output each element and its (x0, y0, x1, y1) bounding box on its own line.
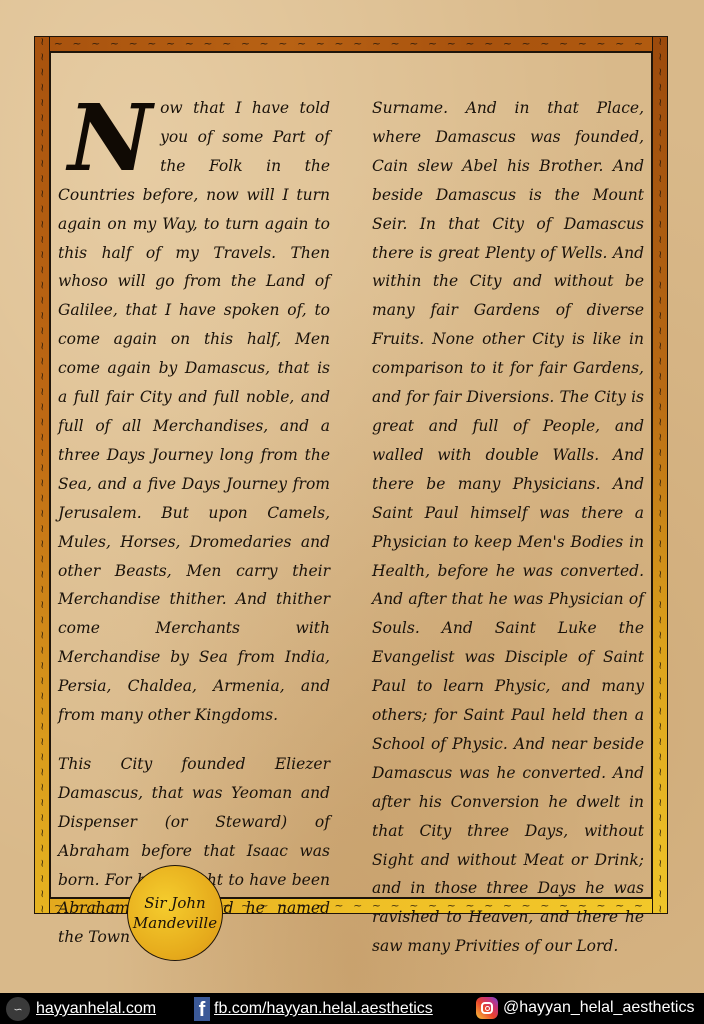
instagram-icon (476, 997, 498, 1019)
instagram-link-group[interactable]: @hayyan_helal_aesthetics (476, 997, 694, 1019)
drop-cap: N (68, 98, 152, 178)
facebook-link[interactable]: fb.com/hayyan.helal.aesthetics (214, 1000, 433, 1018)
author-first-line: Sir John (144, 893, 205, 913)
signature-logo-icon: ∽ (6, 997, 30, 1021)
wave-ornament-icon: ~~~~~~~~~~~~~~~~~~~~~~~~~~~~~~~~~~~~~~~~… (653, 37, 667, 913)
facebook-icon: f (194, 997, 210, 1021)
paragraph: Surname. And in that Place, where Damasc… (372, 94, 644, 961)
border-left: ~~~~~~~~~~~~~~~~~~~~~~~~~~~~~~~~~~~~~~~~… (34, 36, 50, 914)
instagram-handle[interactable]: @hayyan_helal_aesthetics (503, 999, 694, 1017)
wave-ornament-icon: ~ ~ ~ ~ ~ ~ ~ ~ ~ ~ ~ ~ ~ ~ ~ ~ ~ ~ ~ ~ … (35, 37, 667, 51)
facebook-link-group[interactable]: f fb.com/hayyan.helal.aesthetics (194, 997, 433, 1021)
paragraph-text: Surname. And in that Place, where Damasc… (372, 99, 644, 955)
author-second-line: Mandeville (133, 913, 217, 933)
footer-bar: ∽ hayyanhelal.com f fb.com/hayyan.helal.… (0, 993, 704, 1024)
website-link[interactable]: hayyanhelal.com (36, 1000, 156, 1018)
wave-ornament-icon: ~~~~~~~~~~~~~~~~~~~~~~~~~~~~~~~~~~~~~~~~… (35, 37, 49, 913)
website-link-group[interactable]: ∽ hayyanhelal.com (6, 997, 156, 1021)
border-right: ~~~~~~~~~~~~~~~~~~~~~~~~~~~~~~~~~~~~~~~~… (652, 36, 668, 914)
paragraph: N ow that I have told you of some Part o… (58, 94, 330, 730)
border-top: ~ ~ ~ ~ ~ ~ ~ ~ ~ ~ ~ ~ ~ ~ ~ ~ ~ ~ ~ ~ … (34, 36, 668, 52)
text-column-right: Surname. And in that Place, where Damasc… (372, 94, 644, 981)
author-medallion: Sir John Mandeville (127, 865, 223, 961)
text-column-left: N ow that I have told you of some Part o… (58, 94, 330, 972)
paragraph-text: ow that I have told you of some Part of … (58, 99, 330, 724)
